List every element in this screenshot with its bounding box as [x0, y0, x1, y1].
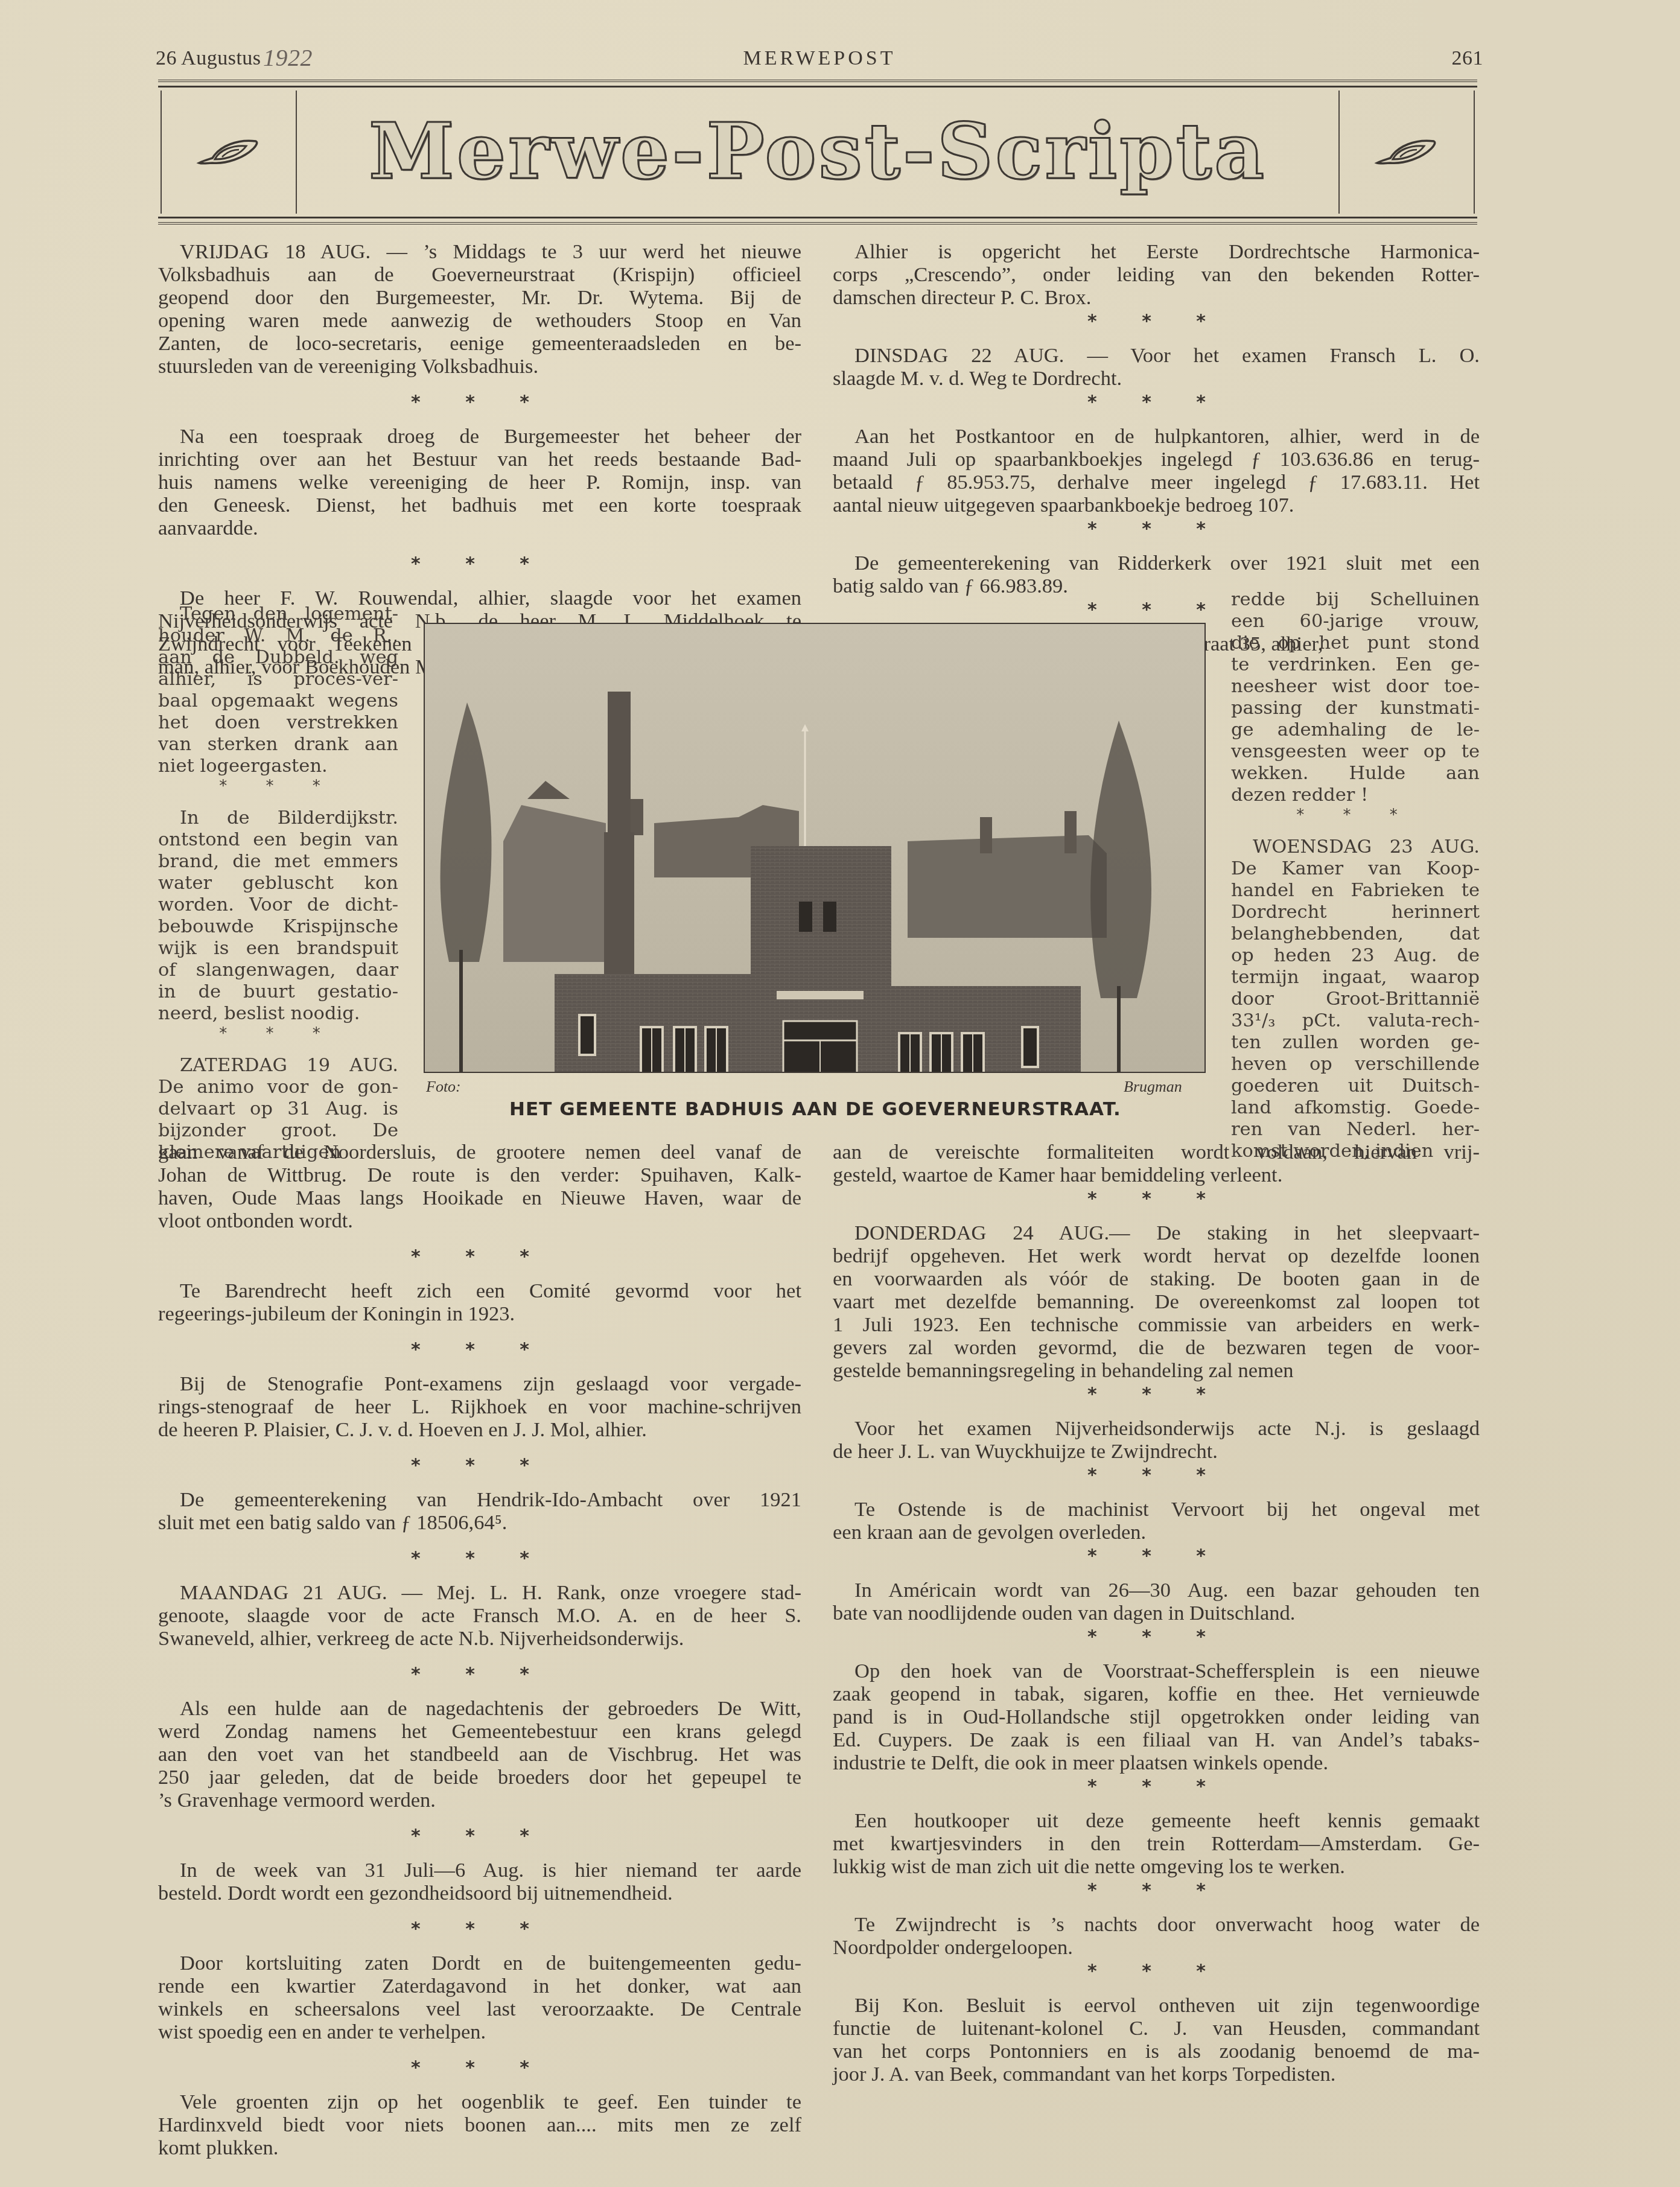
text-line: Door kortsluiting zaten Dordt en de buit…	[158, 1952, 801, 1975]
text-line: handel en Fabrieken te	[1231, 880, 1480, 902]
text-line: den Geneesk. Dienst, het badhuis met een…	[158, 494, 801, 517]
text-line: termijn ingaat, waarop	[1231, 967, 1480, 988]
text-line: 33¹/₃ pCt. valuta-rech-	[1231, 1010, 1480, 1032]
text-line: haven, Oude Maas langs Hooikade en Nieuw…	[158, 1186, 801, 1209]
text-line: die op het punt stond	[1231, 632, 1480, 654]
section-separator: * * *	[158, 777, 398, 795]
news-item: Door kortsluiting zaten Dordt en de buit…	[158, 1952, 801, 2043]
text-line: ten zullen worden ge-	[1231, 1032, 1480, 1054]
section-separator: * * *	[158, 2055, 801, 2078]
news-item: DONDERDAG 24 AUG.— De staking in het sle…	[833, 1221, 1480, 1382]
text-line: geopend door den Burgemeester, Mr. Dr. W…	[158, 286, 801, 309]
photo-caption: HET GEMEENTE BADHUIS AAN DE GOEVERNEURST…	[421, 1098, 1209, 1120]
text-line: aan de vereischte formaliteiten wordt vo…	[833, 1141, 1480, 1164]
news-item: VRIJDAG 18 AUG. — ’s Middags te 3 uur we…	[158, 240, 801, 378]
text-line: stuursleden van de vereeniging Volksbadh…	[158, 355, 801, 378]
news-item: Te Zwijndrecht is ’s nachts door onverwa…	[833, 1913, 1480, 1959]
news-item: Te Barendrecht heeft zich een Comité gev…	[158, 1279, 801, 1325]
text-line: bijzonder groot. De	[158, 1120, 398, 1142]
text-line: neerd, beslist noodig.	[158, 1003, 398, 1025]
section-separator: * * *	[158, 1546, 801, 1569]
text-line: door Groot-Brittannië	[1231, 988, 1480, 1010]
text-line: wijk is een brandspuit	[158, 938, 398, 960]
text-line: of slangenwagen, daar	[158, 960, 398, 981]
text-line: DONDERDAG 24 AUG.— De staking in het sle…	[833, 1221, 1480, 1244]
news-item: DINSDAG 22 AUG. — Voor het examen Fransc…	[833, 344, 1480, 390]
text-line: WOENSDAG 23 AUG.	[1231, 836, 1480, 858]
text-line: te verdrinken. Een ge-	[1231, 654, 1480, 676]
section-separator: * * *	[158, 1824, 801, 1847]
leaf-ornament-icon	[196, 134, 262, 170]
masthead-ornament-left	[161, 91, 297, 214]
text-line: delvaart op 31 Aug. is	[158, 1098, 398, 1120]
text-line: in de buurt gestatio-	[158, 981, 398, 1003]
page-number: 261	[1452, 47, 1484, 70]
photo-credit-label: Foto:	[426, 1078, 461, 1096]
text-line: De gemeenterekening van Hendrik-Ido-Amba…	[158, 1488, 801, 1511]
section-separator: * * *	[1231, 806, 1480, 824]
news-item: redde bij Schelluineneen 60-jarige vrouw…	[1231, 589, 1480, 806]
text-line: Vele groenten zijn op het oogenblik te g…	[158, 2090, 801, 2113]
section-separator: * * *	[158, 1337, 801, 1360]
text-line: industrie te Delft, die ook in meer plaa…	[833, 1751, 1480, 1774]
text-line: Na een toespraak droeg de Burgemeester h…	[158, 425, 801, 448]
section-separator: * * *	[158, 1662, 801, 1685]
text-line: een 60-jarige vrouw,	[1231, 611, 1480, 632]
text-line: sluit met een batig saldo van ƒ 18506,64…	[158, 1511, 801, 1534]
left-column-narrow: Tegen den logement-houder W. M. de R.,aa…	[158, 603, 398, 1164]
news-item: Bij de Stenografie Pont-examens zijn ges…	[158, 1372, 801, 1441]
right-column-narrow: redde bij Schelluineneen 60-jarige vrouw…	[1231, 589, 1480, 1162]
text-line: niet logeergasten.	[158, 756, 398, 777]
news-item: Aan het Postkantoor en de hulpkantoren, …	[833, 425, 1480, 517]
news-item: Te Ostende is de machinist Vervoort bij …	[833, 1498, 1480, 1544]
text-line: MAANDAG 21 AUG. — Mej. L. H. Rank, onze …	[158, 1581, 801, 1604]
news-item: In Américain wordt van 26—30 Aug. een ba…	[833, 1579, 1480, 1625]
text-line: gesteld, waartoe de Kamer haar bemiddeli…	[833, 1164, 1480, 1186]
text-line: bebouwde Krispijnsche	[158, 916, 398, 938]
text-line: slaagde M. v. d. Weg te Dordrecht.	[833, 367, 1480, 390]
text-line: en voorwaarden als vóór de staking. De b…	[833, 1267, 1480, 1290]
news-item: aan de vereischte formaliteiten wordt vo…	[833, 1141, 1480, 1186]
masthead-title: Merwe-Post-Scripta	[303, 106, 1332, 197]
text-line: brand, die met emmers	[158, 851, 398, 873]
section-separator: * * *	[833, 1878, 1480, 1901]
running-head: 26 Augustus 1922 MERWEPOST 261	[156, 47, 1483, 77]
masthead: Merwe-Post-Scripta	[158, 80, 1477, 224]
text-line: DINSDAG 22 AUG. — Voor het examen Fransc…	[833, 344, 1480, 367]
text-line: land afkomstig. Goede-	[1231, 1097, 1480, 1119]
text-line: de heeren P. Plaisier, C. J. v. d. Hoeve…	[158, 1418, 801, 1441]
section-separator: * * *	[158, 1453, 801, 1476]
text-line: de heer J. L. van Wuyckhuijze te Zwijndr…	[833, 1440, 1480, 1463]
text-line: met kwartjesvinders in den trein Rotterd…	[833, 1832, 1480, 1855]
text-line: Bij Kon. Besluit is eervol ontheven uit …	[833, 1994, 1480, 2017]
text-line: baal opgemaakt wegens	[158, 690, 398, 712]
text-line: In de Bilderdijkstr.	[158, 807, 398, 829]
right-column-bottom: aan de vereischte formaliteiten wordt vo…	[833, 1141, 1480, 2086]
masthead-ornament-right	[1338, 91, 1475, 214]
text-line: gevers zal worden gevormd, die de bezwar…	[833, 1336, 1480, 1359]
section-separator: * * *	[833, 1544, 1480, 1567]
news-item: Tegen den logement-houder W. M. de R.,aa…	[158, 603, 398, 777]
text-line: wist spoedig een en ander te verhelpen.	[158, 2020, 801, 2043]
text-line: Op den hoek van de Voorstraat-Scheffersp…	[833, 1660, 1480, 1682]
section-separator: * * *	[833, 390, 1480, 413]
text-line: aantal nieuw uitgegeven spaarbankboekje …	[833, 494, 1480, 517]
text-line: worden. Voor de dicht-	[158, 894, 398, 916]
text-line: In Américain wordt van 26—30 Aug. een ba…	[833, 1579, 1480, 1602]
text-line: Zanten, de loco-secretaris, eenige gemee…	[158, 332, 801, 355]
text-line: Een houtkooper uit deze gemeente heeft k…	[833, 1809, 1480, 1832]
text-line: functie de luitenant-kolonel C. J. van H…	[833, 2017, 1480, 2040]
text-line: Als een hulde aan de nagedachtenis der g…	[158, 1697, 801, 1720]
text-line: Volksbadhuis aan de Goeverneurstraat (Kr…	[158, 263, 801, 286]
text-line: aan de Dubbeld. weg	[158, 647, 398, 669]
text-line: ge ademhaling de le-	[1231, 719, 1480, 741]
news-item: Alhier is opgericht het Eerste Dordrecht…	[833, 240, 1480, 309]
text-line: Ed. Cuypers. De zaak is een filiaal van …	[833, 1728, 1480, 1751]
text-line: heven op verschillende	[1231, 1054, 1480, 1075]
news-item: Voor het examen Nijverheidsonderwijs act…	[833, 1417, 1480, 1463]
news-item: In de Bilderdijkstr.ontstond een begin v…	[158, 807, 398, 1025]
news-item: De gemeenterekening van Hendrik-Ido-Amba…	[158, 1488, 801, 1534]
text-line: 1 Juli 1923. Een technische commissie va…	[833, 1313, 1480, 1336]
building-photo	[424, 623, 1206, 1073]
section-separator: * * *	[158, 1244, 801, 1267]
text-line: rende een kwartier Zaterdagavond in het …	[158, 1975, 801, 1998]
text-line: VRIJDAG 18 AUG. — ’s Middags te 3 uur we…	[158, 240, 801, 263]
text-line: Johan de Wittbrug. De route is den verde…	[158, 1164, 801, 1186]
section-separator: * * *	[833, 1186, 1480, 1209]
section-separator: * * *	[158, 1025, 398, 1043]
text-line: Te Zwijndrecht is ’s nachts door onverwa…	[833, 1913, 1480, 1936]
text-line: corps „Crescendo”, onder leiding van den…	[833, 263, 1480, 286]
text-line: joor J. A. van Beek, commandant van het …	[833, 2063, 1480, 2086]
text-line: betaald ƒ 85.953.75, derhalve meer ingel…	[833, 471, 1480, 494]
text-line: bate van noodlijdende ouden van dagen in…	[833, 1602, 1480, 1625]
leaf-ornament-icon	[1373, 134, 1440, 170]
text-line: In de week van 31 Juli—6 Aug. is hier ni…	[158, 1859, 801, 1882]
text-line: water gebluscht kon	[158, 873, 398, 894]
section-separator: * * *	[833, 1382, 1480, 1405]
text-line: belanghebbenden, dat	[1231, 923, 1480, 945]
text-line: Alhier is opgericht het Eerste Dordrecht…	[833, 240, 1480, 263]
text-line: alhier, is proces-ver-	[158, 669, 398, 690]
text-line: Tegen den logement-	[158, 603, 398, 625]
text-line: komt plukken.	[158, 2136, 801, 2159]
text-line: van het corps Pontonniers en is als zood…	[833, 2040, 1480, 2063]
text-line: zaak geopend in tabak, sigaren, koffie e…	[833, 1682, 1480, 1705]
section-separator: * * *	[833, 1463, 1480, 1486]
news-item: MAANDAG 21 AUG. — Mej. L. H. Rank, onze …	[158, 1581, 801, 1650]
text-line: ontstond een begin van	[158, 829, 398, 851]
text-line: Te Ostende is de machinist Vervoort bij …	[833, 1498, 1480, 1521]
news-item: Op den hoek van de Voorstraat-Scheffersp…	[833, 1660, 1480, 1774]
text-line: De gemeenterekening van Ridderkerk over …	[833, 552, 1480, 575]
text-line: rings-stenograaf de heer L. Rijkhoek en …	[158, 1395, 801, 1418]
publication-name: MERWEPOST	[156, 47, 1483, 70]
text-line: ZATERDAG 19 AUG.	[158, 1055, 398, 1077]
section-separator: * * *	[833, 1774, 1480, 1797]
section-separator: * * *	[158, 1917, 801, 1940]
news-item: Als een hulde aan de nagedachtenis der g…	[158, 1697, 801, 1812]
text-line: neesheer wist door toe-	[1231, 676, 1480, 698]
text-line: vloot ontbonden wordt.	[158, 1209, 801, 1232]
news-item: In de week van 31 Juli—6 Aug. is hier ni…	[158, 1859, 801, 1905]
text-line: Aan het Postkantoor en de hulpkantoren, …	[833, 425, 1480, 448]
text-line: Bij de Stenografie Pont-examens zijn ges…	[158, 1372, 801, 1395]
text-line: ’s Gravenhage vermoord werden.	[158, 1789, 801, 1812]
section-separator: * * *	[158, 552, 801, 575]
text-line: dezen redder !	[1231, 785, 1480, 806]
text-line: De Kamer van Koop-	[1231, 858, 1480, 880]
text-line: winkels en scheersalons veel last veroor…	[158, 1998, 801, 2020]
text-line: huis namens welke vereeniging de heer P.…	[158, 471, 801, 494]
text-line: pand is in Oud-Hollandsche stijl opgetro…	[833, 1705, 1480, 1728]
text-line: damschen directeur P. C. Brox.	[833, 286, 1480, 309]
text-line: Hardinxveld biedt voor niets boonen aan.…	[158, 2113, 801, 2136]
text-line: inrichting over aan het Bestuur van het …	[158, 448, 801, 471]
section-separator: * * *	[833, 517, 1480, 540]
text-line: aan den voet van het standbeeld aan de V…	[158, 1743, 801, 1766]
text-line: Dordrecht herinnert	[1231, 902, 1480, 923]
news-item: Na een toespraak droeg de Burgemeester h…	[158, 425, 801, 540]
text-line: ren van Nederl. her-	[1231, 1119, 1480, 1141]
text-line: gestelde bemanningsregeling in behandeli…	[833, 1359, 1480, 1382]
section-separator: * * *	[833, 1959, 1480, 1982]
text-line: vensgeesten weer op te	[1231, 741, 1480, 763]
text-line: goederen uit Duitsch-	[1231, 1075, 1480, 1097]
text-line: werd Zondag namens het Gemeentebestuur e…	[158, 1720, 801, 1743]
news-item: Bij Kon. Besluit is eervol ontheven uit …	[833, 1994, 1480, 2086]
section-separator: * * *	[833, 1625, 1480, 1647]
text-line: vaart met dezelfde bemanning. De overeen…	[833, 1290, 1480, 1313]
text-line: 250 jaar geleden, dat de beide broeders …	[158, 1766, 801, 1789]
photo-block	[421, 614, 1209, 1087]
text-line: redde bij Schelluinen	[1231, 589, 1480, 611]
text-line: houder W. M. de R.,	[158, 625, 398, 647]
photo-credit-name: Brugman	[1124, 1078, 1182, 1096]
section-separator: * * *	[158, 390, 801, 413]
text-line: regeerings-jubileum der Koningin in 1923…	[158, 1302, 801, 1325]
text-line: lukkig wist de man zich uit die nette om…	[833, 1855, 1480, 1878]
text-line: passing der kunstmati-	[1231, 698, 1480, 719]
text-line: Voor het examen Nijverheidsonderwijs act…	[833, 1417, 1480, 1440]
section-separator: * * *	[833, 309, 1480, 332]
text-line: op heden 23 Aug. de	[1231, 945, 1480, 967]
text-line: het doen verstrekken	[158, 712, 398, 734]
text-line: aanvaardde.	[158, 517, 801, 540]
text-line: maand Juli op spaarbankboekjes ingelegd …	[833, 448, 1480, 471]
news-item: Vele groenten zijn op het oogenblik te g…	[158, 2090, 801, 2159]
text-line: een kraan aan de gevolgen overleden.	[833, 1521, 1480, 1544]
text-line: Te Barendrecht heeft zich een Comité gev…	[158, 1279, 801, 1302]
text-line: gaan vanaf de Noordersluis, de grootere …	[158, 1141, 801, 1164]
news-item: WOENSDAG 23 AUG.De Kamer van Koop-handel…	[1231, 836, 1480, 1162]
bathhouse-photo-illustration	[425, 624, 1204, 1072]
text-line: wekken. Hulde aan	[1231, 763, 1480, 785]
text-line: Noordpolder ondergeloopen.	[833, 1936, 1480, 1959]
text-line: van sterken drank aan	[158, 734, 398, 756]
text-line: genoote, slaagde voor de acte Fransch M.…	[158, 1604, 801, 1627]
text-line: besteld. Dordt wordt een gezondheidsoord…	[158, 1882, 801, 1905]
text-line: De animo voor de gon-	[158, 1077, 398, 1098]
news-item: Een houtkooper uit deze gemeente heeft k…	[833, 1809, 1480, 1878]
text-line: Swaneveld, alhier, verkreeg de acte N.b.…	[158, 1627, 801, 1650]
news-item: gaan vanaf de Noordersluis, de grootere …	[158, 1141, 801, 1232]
text-line: bedrijf opgeheven. Het werk wordt hervat…	[833, 1244, 1480, 1267]
text-line: opening waren mede aanwezig de wethouder…	[158, 309, 801, 332]
left-column-bottom: gaan vanaf de Noordersluis, de grootere …	[158, 1141, 801, 2159]
